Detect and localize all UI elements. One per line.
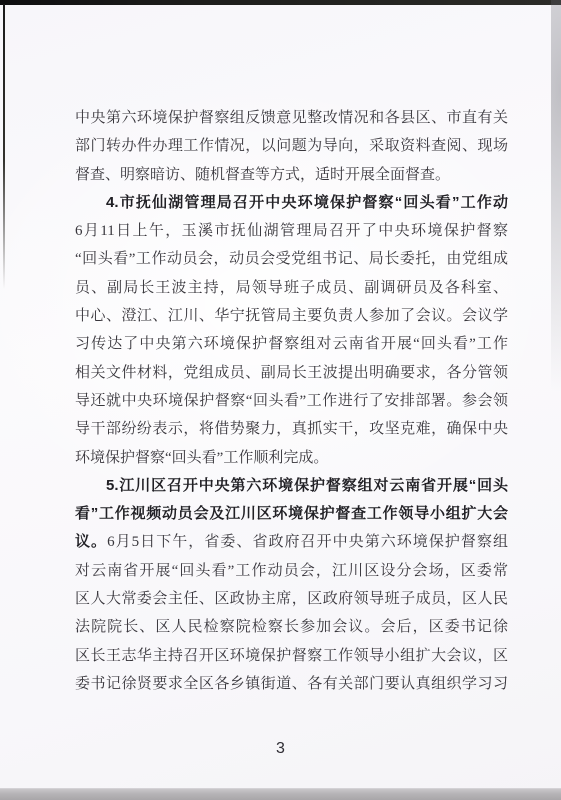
heading-line: 看”工作视频动员会及江川区环境保护督查工作领导小组扩大会	[75, 500, 508, 528]
text-line: 中心、澄江、江川、华宁抚管局主要负责人参加了会议。会议学	[75, 302, 508, 330]
text-line: 6月11日上午，玉溪市抚仙湖管理局召开了中央环境保护督察	[75, 217, 508, 245]
body-text-segment: 6月11日上午，玉溪市抚仙湖管理局召开了中央环境保护督察	[75, 223, 508, 239]
scan-edge-left	[3, 4, 5, 289]
scan-edge-right	[551, 0, 561, 460]
text-line: 部门转办件办理工作情况，以问题为导向，采取资料查阅、现场	[75, 132, 508, 160]
text-line: 法院院长、区人民检察院检察长参加会议。会后，区委书记徐贤、	[75, 613, 508, 641]
body-text-segment: 导还就中央环境保护督察“回头看”工作进行了安排部署。参会领	[75, 393, 508, 409]
text-line: “回头看”工作动员会，动员会受党组书记、局长委托，由党组成	[75, 245, 508, 273]
text-line: 导还就中央环境保护督察“回头看”工作进行了安排部署。参会领	[75, 387, 508, 415]
bold-text-segment: 议。	[75, 533, 107, 550]
bold-text-segment: 4.市抚仙湖管理局召开中央环境保护督察“回头看”工作动员。	[106, 194, 508, 217]
body-text-segment: 习传达了中央第六环境保护督察组对云南省开展“回头看”工作	[75, 336, 508, 352]
text-line: 中央第六环境保护督察组反馈意见整改情况和各县区、市直有关	[75, 104, 508, 132]
body-text-segment: “回头看”工作动员会，动员会受党组书记、局长委托，由党组成	[75, 251, 508, 267]
text-line: 环境保护督察“回头看”工作顺利完成。	[75, 444, 508, 472]
bold-text-segment: 5.江川区召开中央第六环境保护督察组对云南省开展“回头	[106, 477, 508, 494]
text-line: 议。6月5日下午，省委、省政府召开中央第六环境保护督察组	[75, 528, 508, 556]
body-text-segment: 对云南省开展“回头看”工作动员会，江川区设分会场，区委常委，	[75, 563, 508, 585]
body-text-segment: 导干部纷纷表示，将借势聚力，真抓实干，攻坚克难，确保中央	[75, 421, 508, 437]
body-text-segment: 部门转办件办理工作情况，以问题为导向，采取资料查阅、现场	[75, 138, 508, 154]
text-line: 对云南省开展“回头看”工作动员会，江川区设分会场，区委常委，	[75, 557, 508, 585]
heading-line: 4.市抚仙湖管理局召开中央环境保护督察“回头看”工作动员。	[75, 189, 508, 217]
text-line: 区长王志华主持召开区环境保护督察工作领导小组扩大会议，区	[75, 642, 508, 670]
document-page: 中央第六环境保护督察组反馈意见整改情况和各县区、市直有关部门转办件办理工作情况，…	[0, 0, 561, 800]
body-text-segment: 督查、明察暗访、随机督查等方式，适时开展全面督查。	[75, 167, 450, 183]
body-text-segment: 委书记徐贤要求全区各乡镇街道、各有关部门要认真组织学习习	[75, 676, 508, 692]
text-lines: 中央第六环境保护督察组反馈意见整改情况和各县区、市直有关部门转办件办理工作情况，…	[75, 104, 508, 698]
body-text-segment: 员、副局长王波主持，局领导班子成员、副调研员及各科室、队、	[75, 280, 508, 302]
text-line: 相关文件材料，党组成员、副局长王波提出明确要求，各分管领	[75, 359, 508, 387]
bold-text-segment: 看”工作视频动员会及江川区环境保护督查工作领导小组扩大会	[75, 505, 508, 522]
body-text-segment: 法院院长、区人民检察院检察长参加会议。会后，区委书记徐贤、	[75, 619, 508, 641]
text-line: 习传达了中央第六环境保护督察组对云南省开展“回头看”工作	[75, 330, 508, 358]
text-line: 导干部纷纷表示，将借势聚力，真抓实干，攻坚克难，确保中央	[75, 415, 508, 443]
text-line: 员、副局长王波主持，局领导班子成员、副调研员及各科室、队、	[75, 274, 508, 302]
text-line: 区人大常委会主任、区政协主席，区政府领导班子成员，区人民	[75, 585, 508, 613]
body-text-segment: 中心、澄江、江川、华宁抚管局主要负责人参加了会议。会议学	[75, 308, 508, 324]
body-text-segment: 环境保护督察“回头看”工作顺利完成。	[75, 450, 328, 466]
text-line: 督查、明察暗访、随机督查等方式，适时开展全面督查。	[75, 161, 508, 189]
body-text-segment: 相关文件材料，党组成员、副局长王波提出明确要求，各分管领	[75, 365, 508, 381]
body-text-segment: 6月5日下午，省委、省政府召开中央第六环境保护督察组	[107, 534, 508, 550]
heading-line: 5.江川区召开中央第六环境保护督察组对云南省开展“回头	[75, 472, 508, 500]
scan-edge-top	[0, 0, 561, 5]
scan-edge-bottom	[0, 788, 561, 800]
scanned-document-screenshot: { "page": { "number": "3", "language": "…	[0, 0, 561, 800]
body-text-segment: 区长王志华主持召开区环境保护督察工作领导小组扩大会议，区	[75, 648, 508, 664]
text-line: 委书记徐贤要求全区各乡镇街道、各有关部门要认真组织学习习	[75, 670, 508, 698]
body-text-segment: 区人大常委会主任、区政协主席，区政府领导班子成员，区人民	[75, 591, 508, 607]
body-text-segment: 中央第六环境保护督察组反馈意见整改情况和各县区、市直有关	[75, 110, 508, 126]
page-number: 3	[0, 740, 561, 758]
